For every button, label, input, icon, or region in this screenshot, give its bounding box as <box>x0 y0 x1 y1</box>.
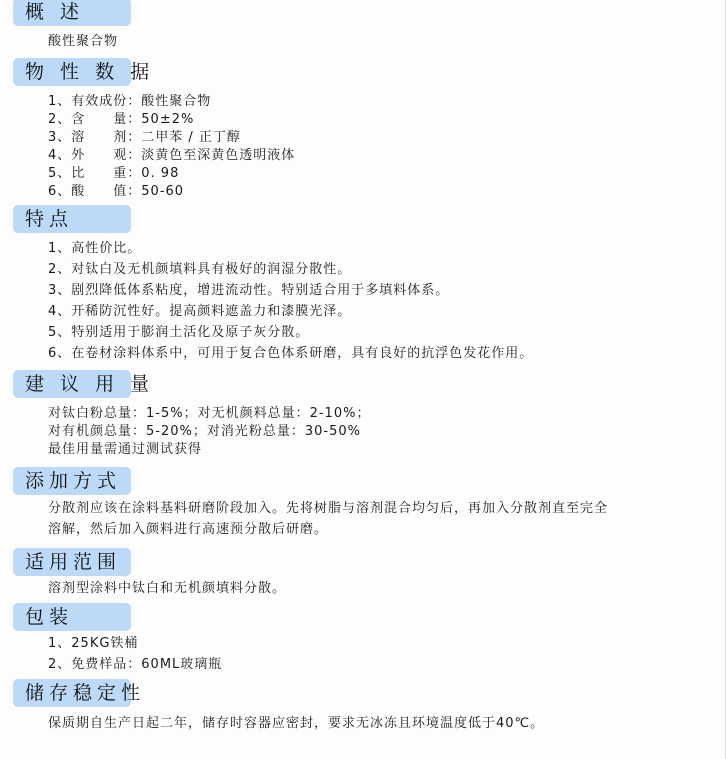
heading-addition-method: 添加方式 <box>13 467 131 495</box>
method-line: 溶解，然后加入颜料进行高速预分散后研磨。 <box>48 521 328 539</box>
method-line: 分散剂应该在涂料基料研磨阶段加入。先将树脂与溶剂混合均匀后，再加入分散剂直至完全 <box>48 500 608 518</box>
heading-recommended-dosage: 建 议 用 量 <box>13 370 131 398</box>
overview-text: 酸性聚合物 <box>48 33 118 51</box>
scope-line: 溶剂型涂料中钛白和无机颜填料分散。 <box>48 580 286 598</box>
packaging-line: 1、25KG铁桶 <box>48 635 138 653</box>
feature-line: 4、开稀防沉性好。提高颜料遮盖力和漆膜光泽。 <box>48 303 351 321</box>
packaging-line: 2、免费样品：60ML玻璃瓶 <box>48 656 222 674</box>
heading-physical-properties: 物 性 数 据 <box>13 58 131 86</box>
property-line: 1、有效成份：酸性聚合物 <box>48 93 211 111</box>
property-line: 6、酸 值：50-60 <box>48 183 184 201</box>
heading-application-scope: 适用范围 <box>13 548 131 576</box>
property-line: 5、比 重：0. 98 <box>48 165 179 183</box>
feature-line: 2、对钛白及无机颜填料具有极好的润湿分散性。 <box>48 261 351 279</box>
heading-packaging: 包装 <box>13 603 131 631</box>
storage-line: 保质期自生产日起二年，储存时容器应密封，要求无冰冻且环境温度低于40℃。 <box>48 715 544 733</box>
dosage-line: 对钛白粉总量：1-5%；对无机颜料总量：2-10%； <box>48 405 370 423</box>
dosage-line: 最佳用量需通过测试获得 <box>48 441 202 459</box>
property-line: 4、外 观：淡黄色至深黄色透明液体 <box>48 147 295 165</box>
heading-overview: 概 述 <box>13 0 131 26</box>
feature-line: 3、剧烈降低体系粘度，增进流动性。特别适合用于多填料体系。 <box>48 282 449 300</box>
heading-features: 特点 <box>13 205 131 233</box>
feature-line: 5、特别适用于膨润土活化及原子灰分散。 <box>48 324 309 342</box>
feature-line: 6、在卷材涂料体系中，可用于复合色体系研磨，具有良好的抗浮色发花作用。 <box>48 345 533 363</box>
property-line: 2、含 量：50±2% <box>48 111 194 129</box>
feature-line: 1、高性价比。 <box>48 240 141 258</box>
heading-storage-stability: 储存稳定性 <box>13 679 131 707</box>
property-line: 3、溶 剂：二甲苯 / 正丁醇 <box>48 129 241 147</box>
dosage-line: 对有机颜总量：5-20%；对消光粉总量：30-50% <box>48 423 361 441</box>
